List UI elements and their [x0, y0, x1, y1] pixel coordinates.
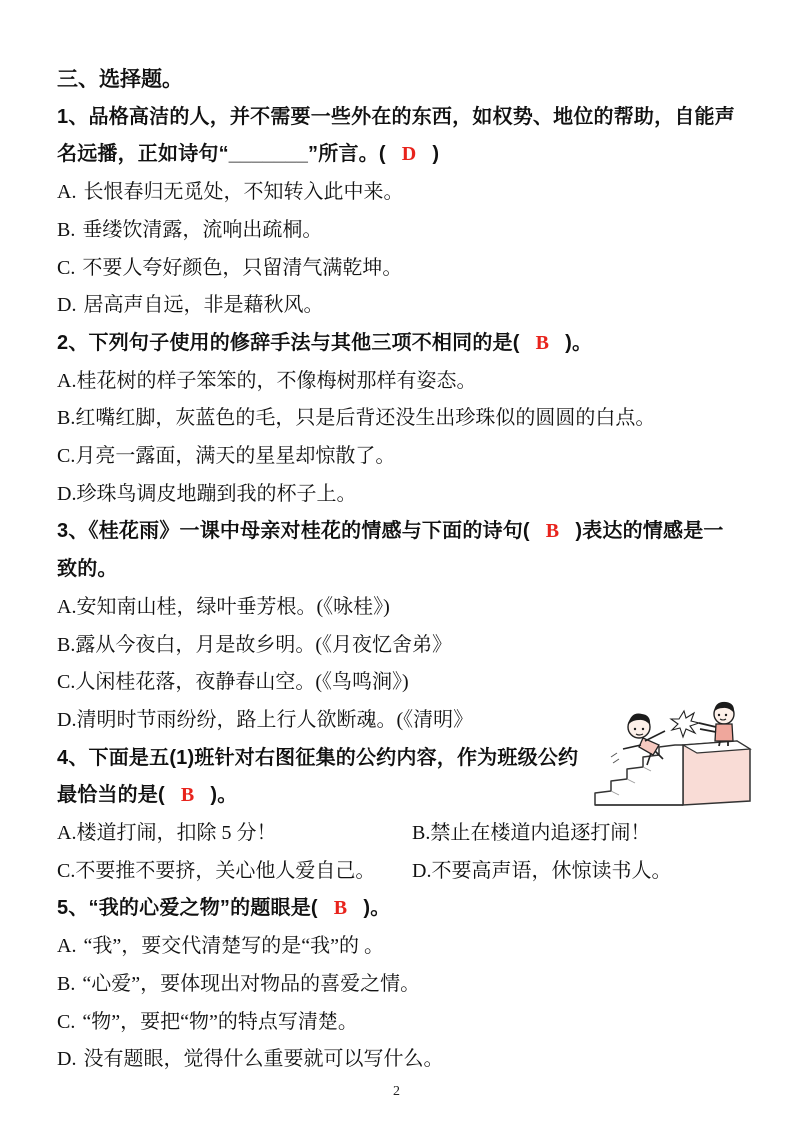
question-2-options: A.桂花树的样子笨笨的，不像梅树那样有姿态。 B.红嘴红脚，灰蓝色的毛，只是后背… [57, 363, 737, 514]
question-4-stem-tail: )。 [210, 784, 237, 806]
exam-page: 三、选择题。 1、品格高洁的人，并不需要一些外在的东西，如权势、地位的帮助，自能… [0, 0, 793, 1122]
option-5b: B.“心爱”，要体现出对物品的喜爱之情。 [57, 966, 737, 1004]
option-5c-text: “物”，要把“物”的特点写清楚。 [82, 1011, 358, 1033]
option-1c: C.不要人夸好颜色，只留清气满乾坤。 [57, 250, 737, 288]
question-2-stem-tail: )。 [565, 332, 592, 354]
option-3b-label: B. [57, 634, 75, 656]
option-4b: B.禁止在楼道内追逐打闹！ [412, 815, 737, 853]
question-2-answer: B [536, 332, 550, 354]
question-5: 5、“我的心爱之物”的题眼是(B)。 A.“我”，要交代清楚写的是“我”的 。 … [57, 890, 737, 1079]
question-4-stem-text: 4、下面是五(1)班针对右图征集的公约内容，作为班级公约最恰当的是( [57, 747, 578, 807]
question-2: 2、下列句子使用的修辞手法与其他三项不相同的是(B)。 A.桂花树的样子笨笨的，… [57, 325, 737, 514]
option-4b-label: B. [412, 822, 430, 844]
children-pushing-on-stairs-illustration [587, 697, 757, 817]
option-2b: B.红嘴红脚，灰蓝色的毛，只是后背还没生出珍珠似的圆圆的白点。 [57, 400, 737, 438]
option-5a-text: “我”，要交代清楚写的是“我”的 。 [83, 935, 384, 957]
question-1: 1、品格高洁的人，并不需要一些外在的东西，如权势、地位的帮助，自能声名远播，正如… [57, 99, 737, 325]
option-1a: A.长恨春归无觅处，不知转入此中来。 [57, 174, 737, 212]
option-3a-label: A. [57, 596, 76, 618]
option-4d-label: D. [412, 860, 431, 882]
option-3d-text: 清明时节雨纷纷，路上行人欲断魂。(《清明》 [76, 709, 473, 731]
question-3-stem-text: 3、《桂花雨》一课中母亲对桂花的情感与下面的诗句( [57, 520, 530, 542]
question-3-answer: B [546, 520, 560, 542]
option-4a-text: 楼道打闹，扣除 5 分！ [76, 822, 276, 844]
option-5c-label: C. [57, 1011, 75, 1033]
stairs-pushing-icon [587, 697, 757, 817]
option-1c-text: 不要人夸好颜色，只留清气满乾坤。 [82, 257, 402, 279]
option-1b: B.垂缕饮清露，流响出疏桐。 [57, 212, 737, 250]
option-3b: B.露从今夜白，月是故乡明。(《月夜忆舍弟》 [57, 627, 737, 665]
question-1-answer: D [402, 143, 417, 165]
option-2c-text: 月亮一露面，满天的星星却惊散了。 [75, 445, 395, 467]
option-2c: C.月亮一露面，满天的星星却惊散了。 [57, 438, 737, 476]
option-2b-label: B. [57, 407, 75, 429]
page-number: 2 [0, 1084, 793, 1100]
option-4c: C.不要推不要挤，关心他人爱自己。 [57, 853, 412, 891]
option-4c-text: 不要推不要挤，关心他人爱自己。 [75, 860, 375, 882]
option-1a-text: 长恨春归无觅处，不知转入此中来。 [83, 181, 403, 203]
option-1d-label: D. [57, 294, 76, 316]
question-5-answer: B [334, 897, 348, 919]
option-2d: D.珍珠鸟调皮地蹦到我的杯子上。 [57, 476, 737, 514]
option-2a-text: 桂花树的样子笨笨的，不像梅树那样有姿态。 [76, 370, 476, 392]
option-5b-text: “心爱”，要体现出对物品的喜爱之情。 [82, 973, 420, 995]
question-5-stem-text: 5、“我的心爱之物”的题眼是( [57, 897, 318, 919]
option-1d: D.居高声自远，非是藉秋风。 [57, 287, 737, 325]
option-2d-text: 珍珠鸟调皮地蹦到我的杯子上。 [76, 483, 356, 505]
question-5-stem-tail: )。 [363, 897, 390, 919]
question-4-answer: B [181, 784, 195, 806]
question-5-stem: 5、“我的心爱之物”的题眼是(B)。 [57, 890, 737, 928]
option-2b-text: 红嘴红脚，灰蓝色的毛，只是后背还没生出珍珠似的圆圆的白点。 [75, 407, 655, 429]
option-3d-label: D. [57, 709, 76, 731]
option-1c-label: C. [57, 257, 75, 279]
question-2-stem-text: 2、下列句子使用的修辞手法与其他三项不相同的是( [57, 332, 520, 354]
pushing-child [699, 702, 734, 746]
option-1a-label: A. [57, 181, 76, 203]
section-title: 三、选择题。 [57, 61, 737, 99]
question-1-stem-text: 1、品格高洁的人，并不需要一些外在的东西，如权势、地位的帮助，自能声名远播，正如… [57, 106, 735, 166]
option-3a: A.安知南山桂，绿叶垂芳根。(《咏桂》) [57, 589, 737, 627]
question-1-stem-tail: ) [432, 143, 439, 165]
option-4c-label: C. [57, 860, 75, 882]
question-3-stem: 3、《桂花雨》一课中母亲对桂花的情感与下面的诗句(B)表达的情感是一致的。 [57, 513, 737, 588]
option-5d-text: 没有题眼，觉得什么重要就可以写什么。 [83, 1048, 443, 1070]
question-2-stem: 2、下列句子使用的修辞手法与其他三项不相同的是(B)。 [57, 325, 737, 363]
question-5-options: A.“我”，要交代清楚写的是“我”的 。 B.“心爱”，要体现出对物品的喜爱之情… [57, 928, 737, 1079]
option-2c-label: C. [57, 445, 75, 467]
option-5d-label: D. [57, 1048, 76, 1070]
question-4-stem: 4、下面是五(1)班针对右图征集的公约内容，作为班级公约最恰当的是(B)。 [57, 740, 585, 815]
option-3b-text: 露从今夜白，月是故乡明。(《月夜忆舍弟》 [75, 634, 452, 656]
option-2d-label: D. [57, 483, 76, 505]
option-5c: C.“物”，要把“物”的特点写清楚。 [57, 1004, 737, 1042]
option-4d: D.不要高声语，休惊读书人。 [412, 853, 737, 891]
option-1b-text: 垂缕饮清露，流响出疏桐。 [82, 219, 322, 241]
option-1d-text: 居高声自远，非是藉秋风。 [83, 294, 323, 316]
option-5b-label: B. [57, 973, 75, 995]
question-4-options: A.楼道打闹，扣除 5 分！ B.禁止在楼道内追逐打闹！ C.不要推不要挤，关心… [57, 815, 737, 890]
option-3c-text: 人闲桂花落，夜静春山空。(《鸟鸣涧》) [75, 671, 408, 693]
option-5a-label: A. [57, 935, 76, 957]
option-4a: A.楼道打闹，扣除 5 分！ [57, 815, 412, 853]
option-4b-text: 禁止在楼道内追逐打闹！ [430, 822, 650, 844]
option-3a-text: 安知南山桂，绿叶垂芳根。(《咏桂》) [76, 596, 389, 618]
option-4d-text: 不要高声语，休惊读书人。 [431, 860, 671, 882]
option-5d: D.没有题眼，觉得什么重要就可以写什么。 [57, 1041, 737, 1079]
option-1b-label: B. [57, 219, 75, 241]
option-2a: A.桂花树的样子笨笨的，不像梅树那样有姿态。 [57, 363, 737, 401]
option-4a-label: A. [57, 822, 76, 844]
question-1-stem: 1、品格高洁的人，并不需要一些外在的东西，如权势、地位的帮助，自能声名远播，正如… [57, 99, 737, 174]
question-1-options: A.长恨春归无觅处，不知转入此中来。 B.垂缕饮清露，流响出疏桐。 C.不要人夸… [57, 174, 737, 325]
option-5a: A.“我”，要交代清楚写的是“我”的 。 [57, 928, 737, 966]
option-2a-label: A. [57, 370, 76, 392]
option-3c-label: C. [57, 671, 75, 693]
